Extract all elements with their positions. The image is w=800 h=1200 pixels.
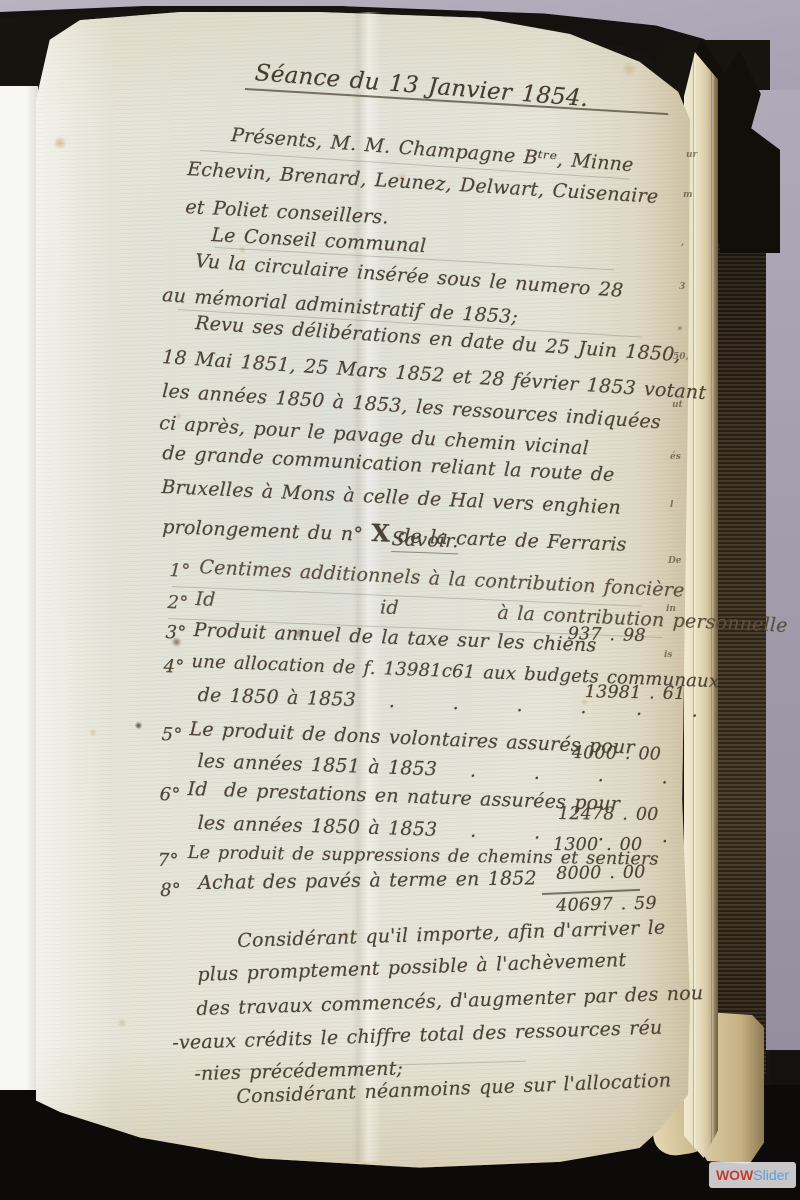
item-number: 6° xyxy=(159,784,181,806)
edge-mark: m xyxy=(683,190,693,200)
item-amount: 12478 . 00 xyxy=(558,804,659,825)
edge-mark: 50, xyxy=(673,352,689,362)
watermark-slider-text: Slider xyxy=(753,1168,789,1182)
item-number: 5° xyxy=(161,724,183,746)
edge-mark: l xyxy=(670,500,673,510)
item-amount: 1300 . 00 xyxy=(553,835,642,855)
item-amount: 4000 . 00 xyxy=(572,743,662,765)
edge-mark: is xyxy=(664,650,673,660)
edge-mark: 3 xyxy=(679,282,685,292)
item-amount: 13981 . 61 xyxy=(585,682,686,704)
edge-mark: » xyxy=(677,324,683,334)
item-amount: 8000 . 00 xyxy=(556,862,646,884)
edge-mark: in xyxy=(666,604,676,614)
savoir-heading: Savoir. xyxy=(391,528,459,552)
item-number: 1° xyxy=(169,560,191,582)
item-number: 4° xyxy=(163,656,185,678)
watermark-wow-text: WOW xyxy=(716,1168,753,1182)
item-number: 2° xyxy=(167,592,189,614)
item-number: 7° xyxy=(158,850,179,871)
edge-mark: ur xyxy=(686,150,697,160)
edge-mark: , xyxy=(681,238,684,248)
item-number: 8° xyxy=(160,880,181,901)
edge-mark: és xyxy=(670,452,681,462)
photo-of-manuscript-page: Séance du 13 Janvier 1854. Présents, M. … xyxy=(0,0,800,1200)
edge-mark: ut xyxy=(672,400,683,410)
total-amount: 40697 . 59 xyxy=(556,894,657,916)
roman-numeral-x: X xyxy=(371,518,391,548)
edge-mark: De xyxy=(668,556,682,566)
item-number: 3° xyxy=(165,622,187,644)
item-amount: 937 . 98 xyxy=(567,624,645,646)
wowslider-watermark[interactable]: WOWSlider xyxy=(709,1162,796,1188)
